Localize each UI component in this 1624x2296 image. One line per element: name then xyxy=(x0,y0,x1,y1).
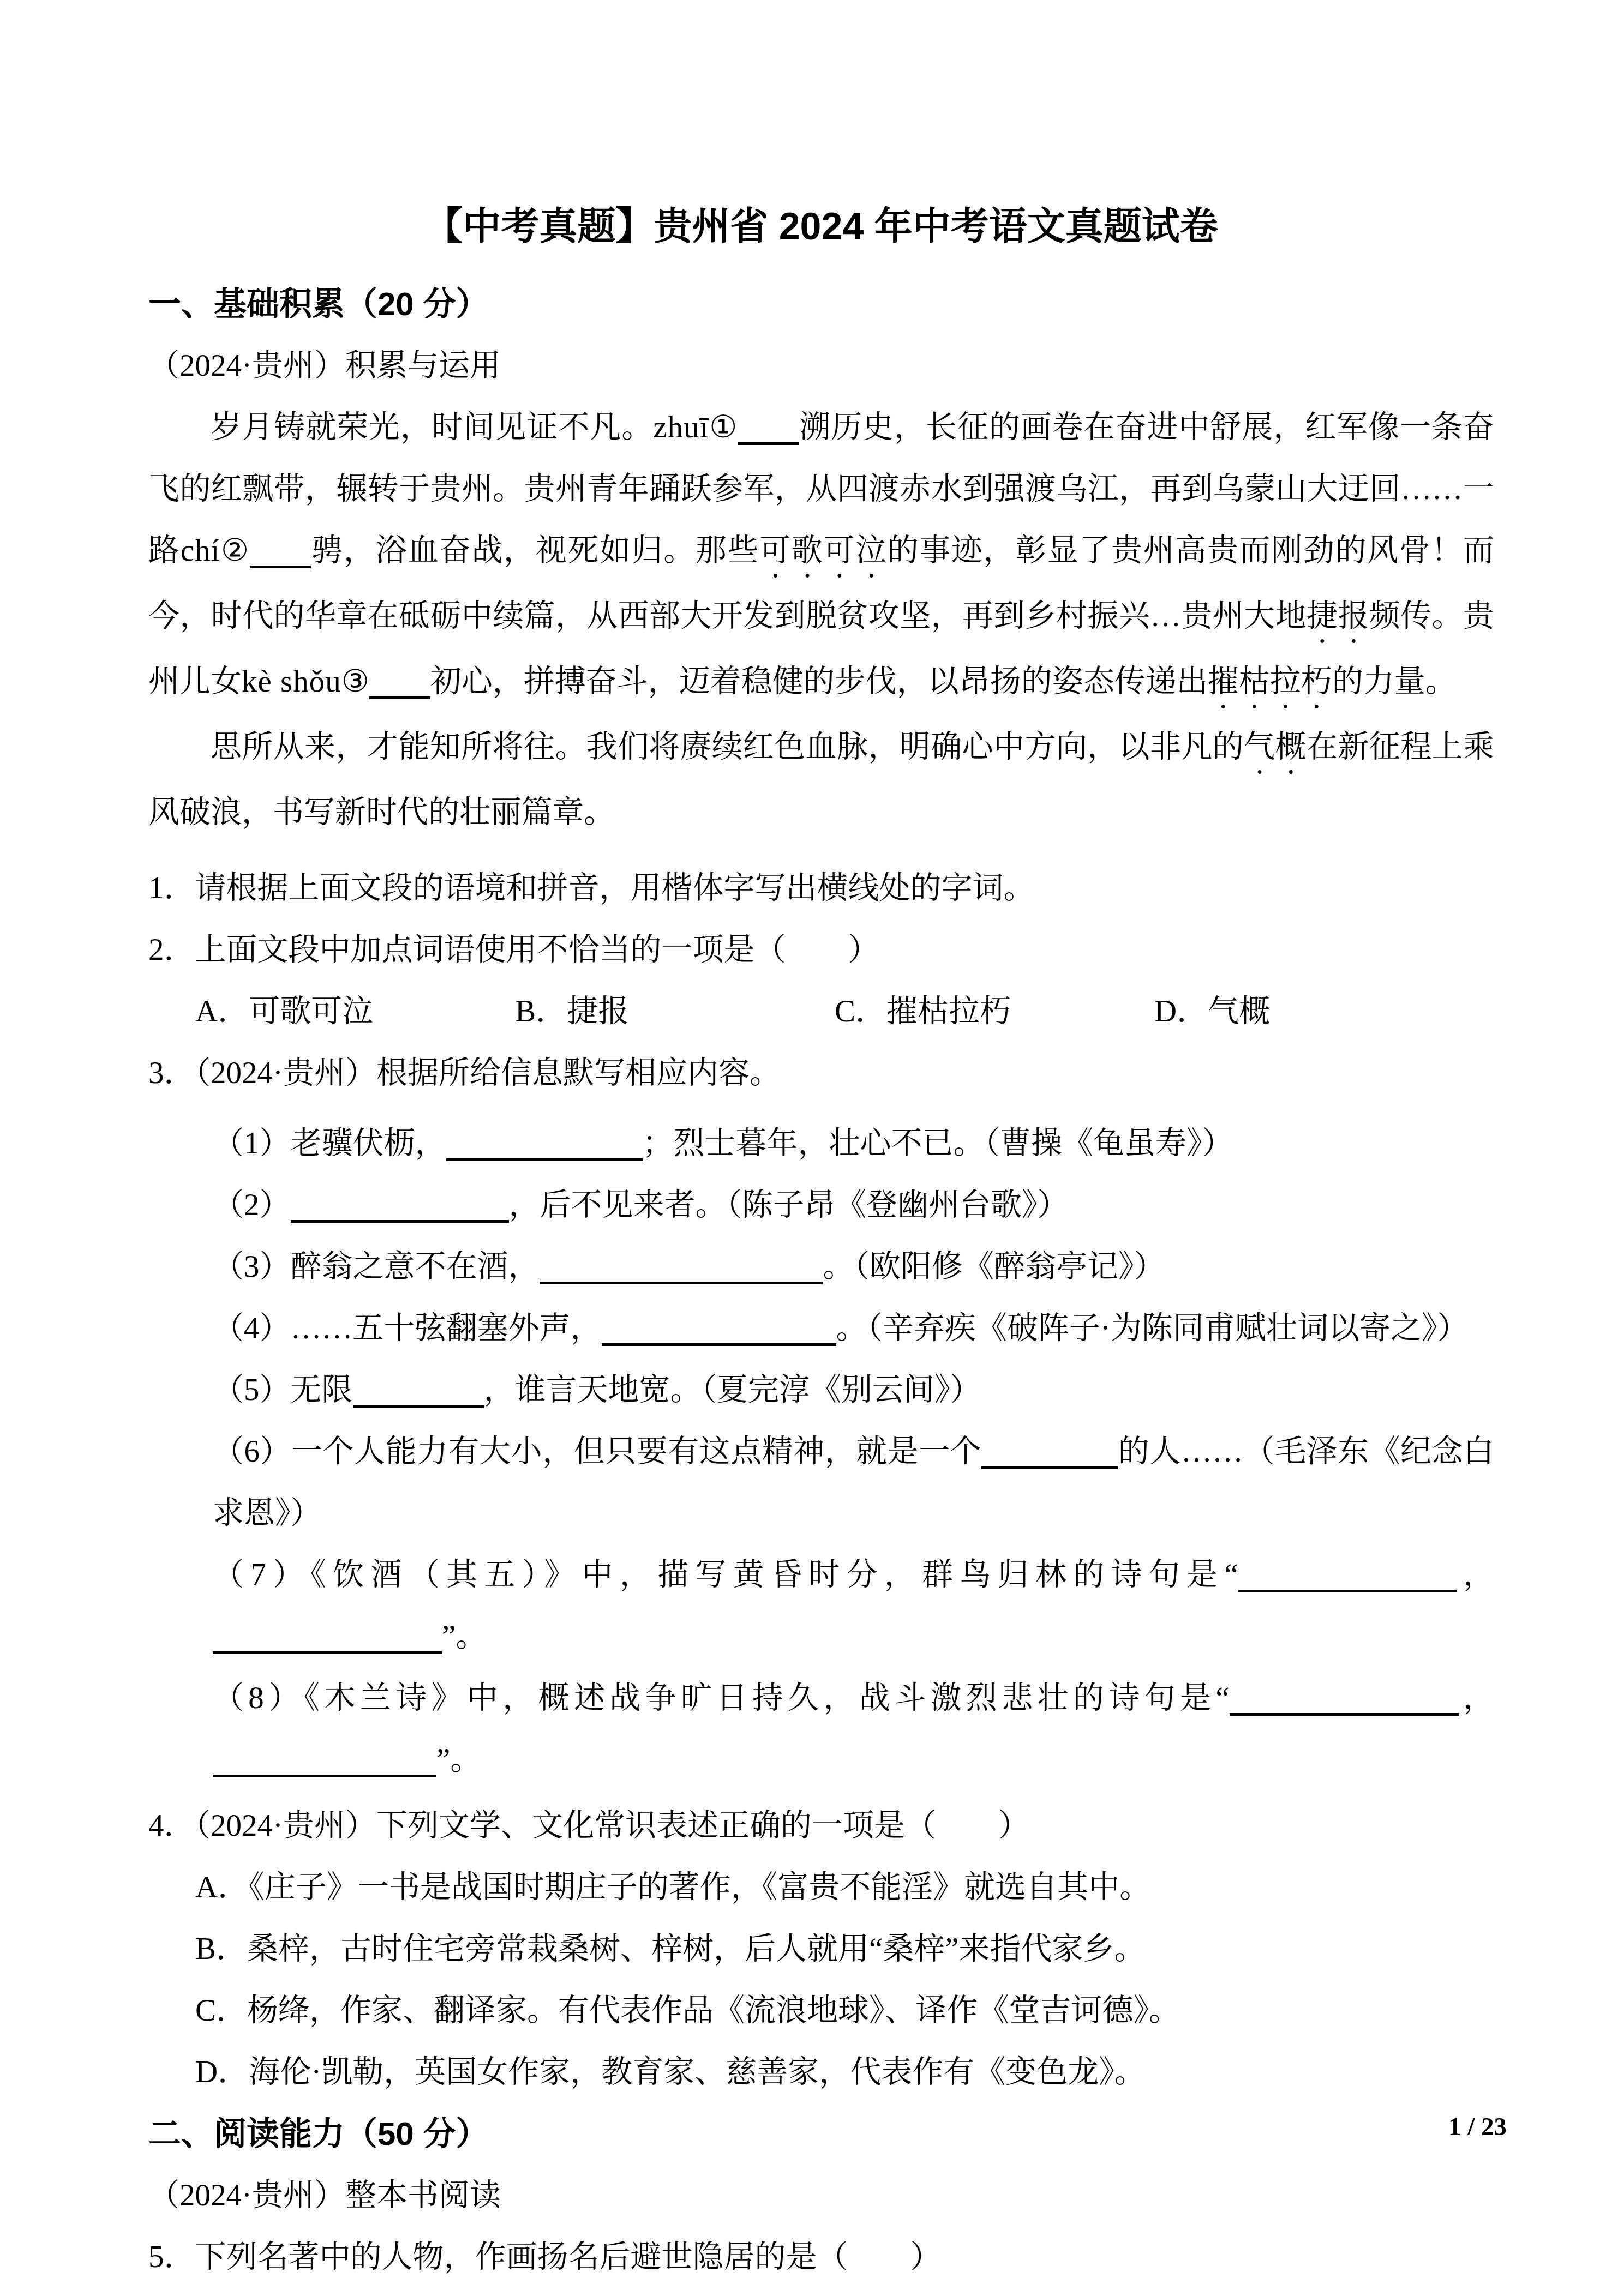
doc-title: 【中考真题】贵州省 2024 年中考语文真题试卷 xyxy=(148,194,1494,259)
text-run: ”。 xyxy=(442,1619,487,1654)
answer-blank xyxy=(1238,1590,1457,1592)
text-run: 岁月铸就荣光，时间见证不凡。 xyxy=(211,410,653,444)
option-line: A．《庄子》一书是战国时期庄子的著作，《富贵不能淫》就选自其中。 xyxy=(148,1856,1494,1918)
text-run: 5．下列名著中的人物，作画扬名后避世隐居的是（ ） xyxy=(148,2240,942,2274)
pinyin-text: chí xyxy=(181,533,220,568)
sub-item-line: （1）老骥伏枥，；烈士暮年，壮心不已。（曹操《龟虽寿》） xyxy=(148,1113,1494,1174)
answer-blank xyxy=(213,1775,436,1777)
emphasized-word: 捷报 xyxy=(1307,599,1369,633)
text-run: C．杨绛，作家、翻译家。有代表作品《流浪地球》、译作《堂吉诃德》。 xyxy=(195,1993,1180,2028)
text-run: ”。 xyxy=(436,1742,481,1777)
text-run: 。（欧阳修《醉翁亭记》） xyxy=(823,1249,1165,1284)
passage-paragraph: 思所从来，才能知所将往。我们将赓续红色血脉，明确心中方向，以非凡的气概在新征程上… xyxy=(148,716,1494,843)
text-run: ② xyxy=(220,533,249,568)
question-line: 2．上面文段中加点词语使用不恰当的一项是（ ） xyxy=(148,919,1494,981)
question-line: 4．（2024·贵州）下列文学、文化常识表述正确的一项是（ ） xyxy=(148,1795,1494,1856)
source-tag: （2024·贵州）积累与运用 xyxy=(148,335,1494,396)
text-run: 初心，拼搏奋斗，迈着稳健的步伐，以昂扬的姿态传递出 xyxy=(430,664,1208,699)
text-run: ；烈士暮年，壮心不已。（曹操《龟虽寿》） xyxy=(643,1126,1233,1161)
option-line: C．杨绛，作家、翻译家。有代表作品《流浪地球》、译作《堂吉诃德》。 xyxy=(148,1980,1494,2041)
text-run: B．桑梓，古时住宅旁常栽桑树、梓树，后人就用“桑梓”来指代家乡。 xyxy=(195,1932,1146,1966)
text-run: （8）《木兰诗》中，概述战争旷日持久，战斗激烈悲壮的诗句是“ xyxy=(213,1681,1230,1715)
answer-blank xyxy=(291,1220,509,1223)
option-item: B．捷报 xyxy=(515,981,835,1042)
text-run: （1）老骥伏枥， xyxy=(213,1126,446,1161)
text-run: A．《庄子》一书是战国时期庄子的著作，《富贵不能淫》就选自其中。 xyxy=(195,1870,1150,1904)
answer-blank xyxy=(540,1282,823,1284)
option-line: D．海伦·凯勒，英国女作家，教育家、慈善家，代表作有《变色龙》。 xyxy=(148,2041,1494,2103)
text-run: 。（辛弃疾《破阵子·为陈同甫赋壮词以寄之》） xyxy=(836,1311,1469,1345)
passage-paragraph: 岁月铸就荣光，时间见证不凡。zhuī①溯历史，长征的画卷在奋进中舒展，红军像一条… xyxy=(148,396,1494,716)
option-item: C．摧枯拉朽 xyxy=(835,981,1154,1042)
options-row: A．可歌可泣B．捷报C．摧枯拉朽D．气概 xyxy=(148,981,1494,1042)
sub-item-line: （6）一个人能力有大小，但只要有这点精神，就是一个的人……（毛泽东《纪念白求恩》… xyxy=(148,1421,1494,1544)
emphasized-word: 摧枯拉朽 xyxy=(1208,664,1332,699)
sub-item-line: （8）《木兰诗》中，概述战争旷日持久，战斗激烈悲壮的诗句是“，”。 xyxy=(148,1667,1494,1790)
section-heading: 二、阅读能力（50 分） xyxy=(148,2103,1494,2165)
text-run: 3．（2024·贵州）根据所给信息默写相应内容。 xyxy=(148,1056,781,1090)
answer-blank xyxy=(353,1405,484,1408)
question-line: 5．下列名著中的人物，作画扬名后避世隐居的是（ ） xyxy=(148,2226,1494,2288)
page-number: 1 / 23 xyxy=(1448,2111,1507,2143)
pinyin-text: zhuī xyxy=(653,410,709,444)
text-run: 4．（2024·贵州）下列文学、文化常识表述正确的一项是（ ） xyxy=(148,1808,1029,1843)
text-run: ，谁言天地宽。（夏完淳《别云间》） xyxy=(484,1373,981,1407)
text-run: （6）一个人能力有大小，但只要有这点精神，就是一个 xyxy=(213,1434,981,1469)
text-run: ， xyxy=(1457,1558,1494,1592)
option-item: D．气概 xyxy=(1154,981,1270,1042)
question-line: 3．（2024·贵州）根据所给信息默写相应内容。 xyxy=(148,1042,1494,1104)
sub-item-line: （2），后不见来者。（陈子昂《登幽州台歌》） xyxy=(148,1174,1494,1236)
text-run: （5）无限 xyxy=(213,1373,353,1407)
section-heading: 一、基础积累（20 分） xyxy=(148,273,1494,335)
answer-blank xyxy=(602,1343,836,1346)
text-run: 骋，浴血奋战，视死如归。那些 xyxy=(311,533,759,568)
sub-item-line: （4）……五十弦翻塞外声，。（辛弃疾《破阵子·为陈同甫赋壮词以寄之》） xyxy=(148,1297,1494,1359)
text-run: D．海伦·凯勒，英国女作家，教育家、慈善家，代表作有《变色龙》。 xyxy=(195,2055,1146,2089)
question-line: 1．请根据上面文段的语境和拼音，用楷体字写出横线处的字词。 xyxy=(148,857,1494,919)
text-run: （3）醉翁之意不在酒， xyxy=(213,1249,540,1284)
emphasized-word: 气概 xyxy=(1244,730,1307,764)
emphasized-word: 可歌可泣 xyxy=(759,533,888,568)
text-run: ③ xyxy=(341,664,369,699)
sub-item-line: （5）无限，谁言天地宽。（夏完淳《别云间》） xyxy=(148,1359,1494,1421)
text-run: 1．请根据上面文段的语境和拼音，用楷体字写出横线处的字词。 xyxy=(148,871,1035,905)
text-run: （2） xyxy=(213,1188,291,1222)
sub-item-line: （3）醉翁之意不在酒，。（欧阳修《醉翁亭记》） xyxy=(148,1236,1494,1297)
text-run: ， xyxy=(1459,1681,1494,1715)
answer-blank xyxy=(369,696,430,699)
pinyin-text: kè shǒu xyxy=(242,664,341,699)
exam-document: 【中考真题】贵州省 2024 年中考语文真题试卷一、基础积累（20 分）（202… xyxy=(0,0,1624,2288)
text-run: 思所从来，才能知所将往。我们将赓续红色血脉，明确心中方向，以非凡的 xyxy=(211,730,1244,764)
option-line: B．桑梓，古时住宅旁常栽桑树、梓树，后人就用“桑梓”来指代家乡。 xyxy=(148,1918,1494,1980)
text-run: ，后不见来者。（陈子昂《登幽州台歌》） xyxy=(509,1188,1069,1222)
option-item: A．可歌可泣 xyxy=(195,981,515,1042)
text-run: 2．上面文段中加点词语使用不恰当的一项是（ ） xyxy=(148,933,879,967)
answer-blank xyxy=(213,1651,442,1654)
answer-blank xyxy=(1230,1713,1459,1716)
text-run: ① xyxy=(709,410,738,444)
text-run: （4）……五十弦翻塞外声， xyxy=(213,1311,602,1345)
text-run: （7）《饮酒（其五）》中，描写黄昏时分，群鸟归林的诗句是“ xyxy=(213,1558,1238,1592)
answer-blank xyxy=(250,566,311,568)
answer-blank xyxy=(738,442,799,445)
text-run: 的力量。 xyxy=(1332,664,1457,699)
answer-blank xyxy=(981,1466,1118,1469)
document-blocks: 【中考真题】贵州省 2024 年中考语文真题试卷一、基础积累（20 分）（202… xyxy=(148,194,1494,2288)
sub-item-line: （7）《饮酒（其五）》中，描写黄昏时分，群鸟归林的诗句是“，”。 xyxy=(148,1544,1494,1667)
answer-blank xyxy=(446,1158,643,1161)
source-tag: （2024·贵州）整本书阅读 xyxy=(148,2165,1494,2226)
